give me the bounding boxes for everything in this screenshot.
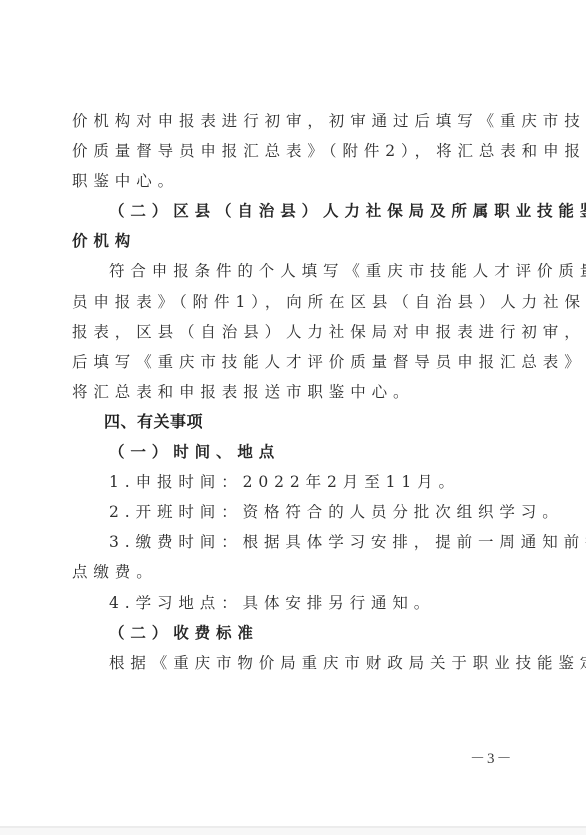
paragraph-line: 价质量督导员申报汇总表》（附件2），将汇总表和申报表报送市 — [72, 136, 512, 166]
page-bottom-shade — [0, 828, 586, 835]
paragraph-line: 价机构对申报表进行初审，初审通过后填写《重庆市技能人才评 — [72, 106, 512, 136]
document-body: 价机构对申报表进行初审，初审通过后填写《重庆市技能人才评 价质量督导员申报汇总表… — [72, 106, 512, 678]
section-subheading-continued: 价机构 — [72, 226, 512, 256]
paragraph-line: 员申报表》（附件1），向所在区县（自治县）人力社保局提交申 — [72, 287, 512, 317]
section-subheading: （二）收费标准 — [72, 618, 512, 648]
paragraph-line: 报表，区县（自治县）人力社保局对申报表进行初审，初审通过 — [72, 317, 512, 347]
document-page: 价机构对申报表进行初审，初审通过后填写《重庆市技能人才评 价质量督导员申报汇总表… — [0, 0, 586, 835]
paragraph-line: 将汇总表和申报表报送市职鉴中心。 — [72, 377, 512, 407]
list-item: 3.缴费时间：根据具体学习安排，提前一周通知前往指点地 — [72, 527, 512, 557]
page-number: －3－ — [470, 747, 514, 768]
paragraph-line: 职鉴中心。 — [72, 166, 512, 196]
list-item: 1.申报时间：2022年2月至11月。 — [72, 467, 512, 497]
list-item: 2.开班时间：资格符合的人员分批次组织学习。 — [72, 497, 512, 527]
section-subheading: （一）时间、地点 — [72, 437, 512, 467]
section-heading: 四、有关事项 — [72, 407, 512, 437]
paragraph-line: 根据《重庆市物价局重庆市财政局关于职业技能鉴定考试 — [72, 648, 512, 678]
paragraph-line: 后填写《重庆市技能人才评价质量督导员申报汇总表》（附件2）， — [72, 347, 512, 377]
list-item: 4.学习地点：具体安排另行通知。 — [72, 588, 512, 618]
list-item-continued: 点缴费。 — [72, 557, 512, 587]
paragraph-line: 符合申报条件的个人填写《重庆市技能人才评价质量督导 — [72, 256, 512, 286]
section-subheading: （二）区县（自治县）人力社保局及所属职业技能鉴定评 — [72, 196, 512, 226]
